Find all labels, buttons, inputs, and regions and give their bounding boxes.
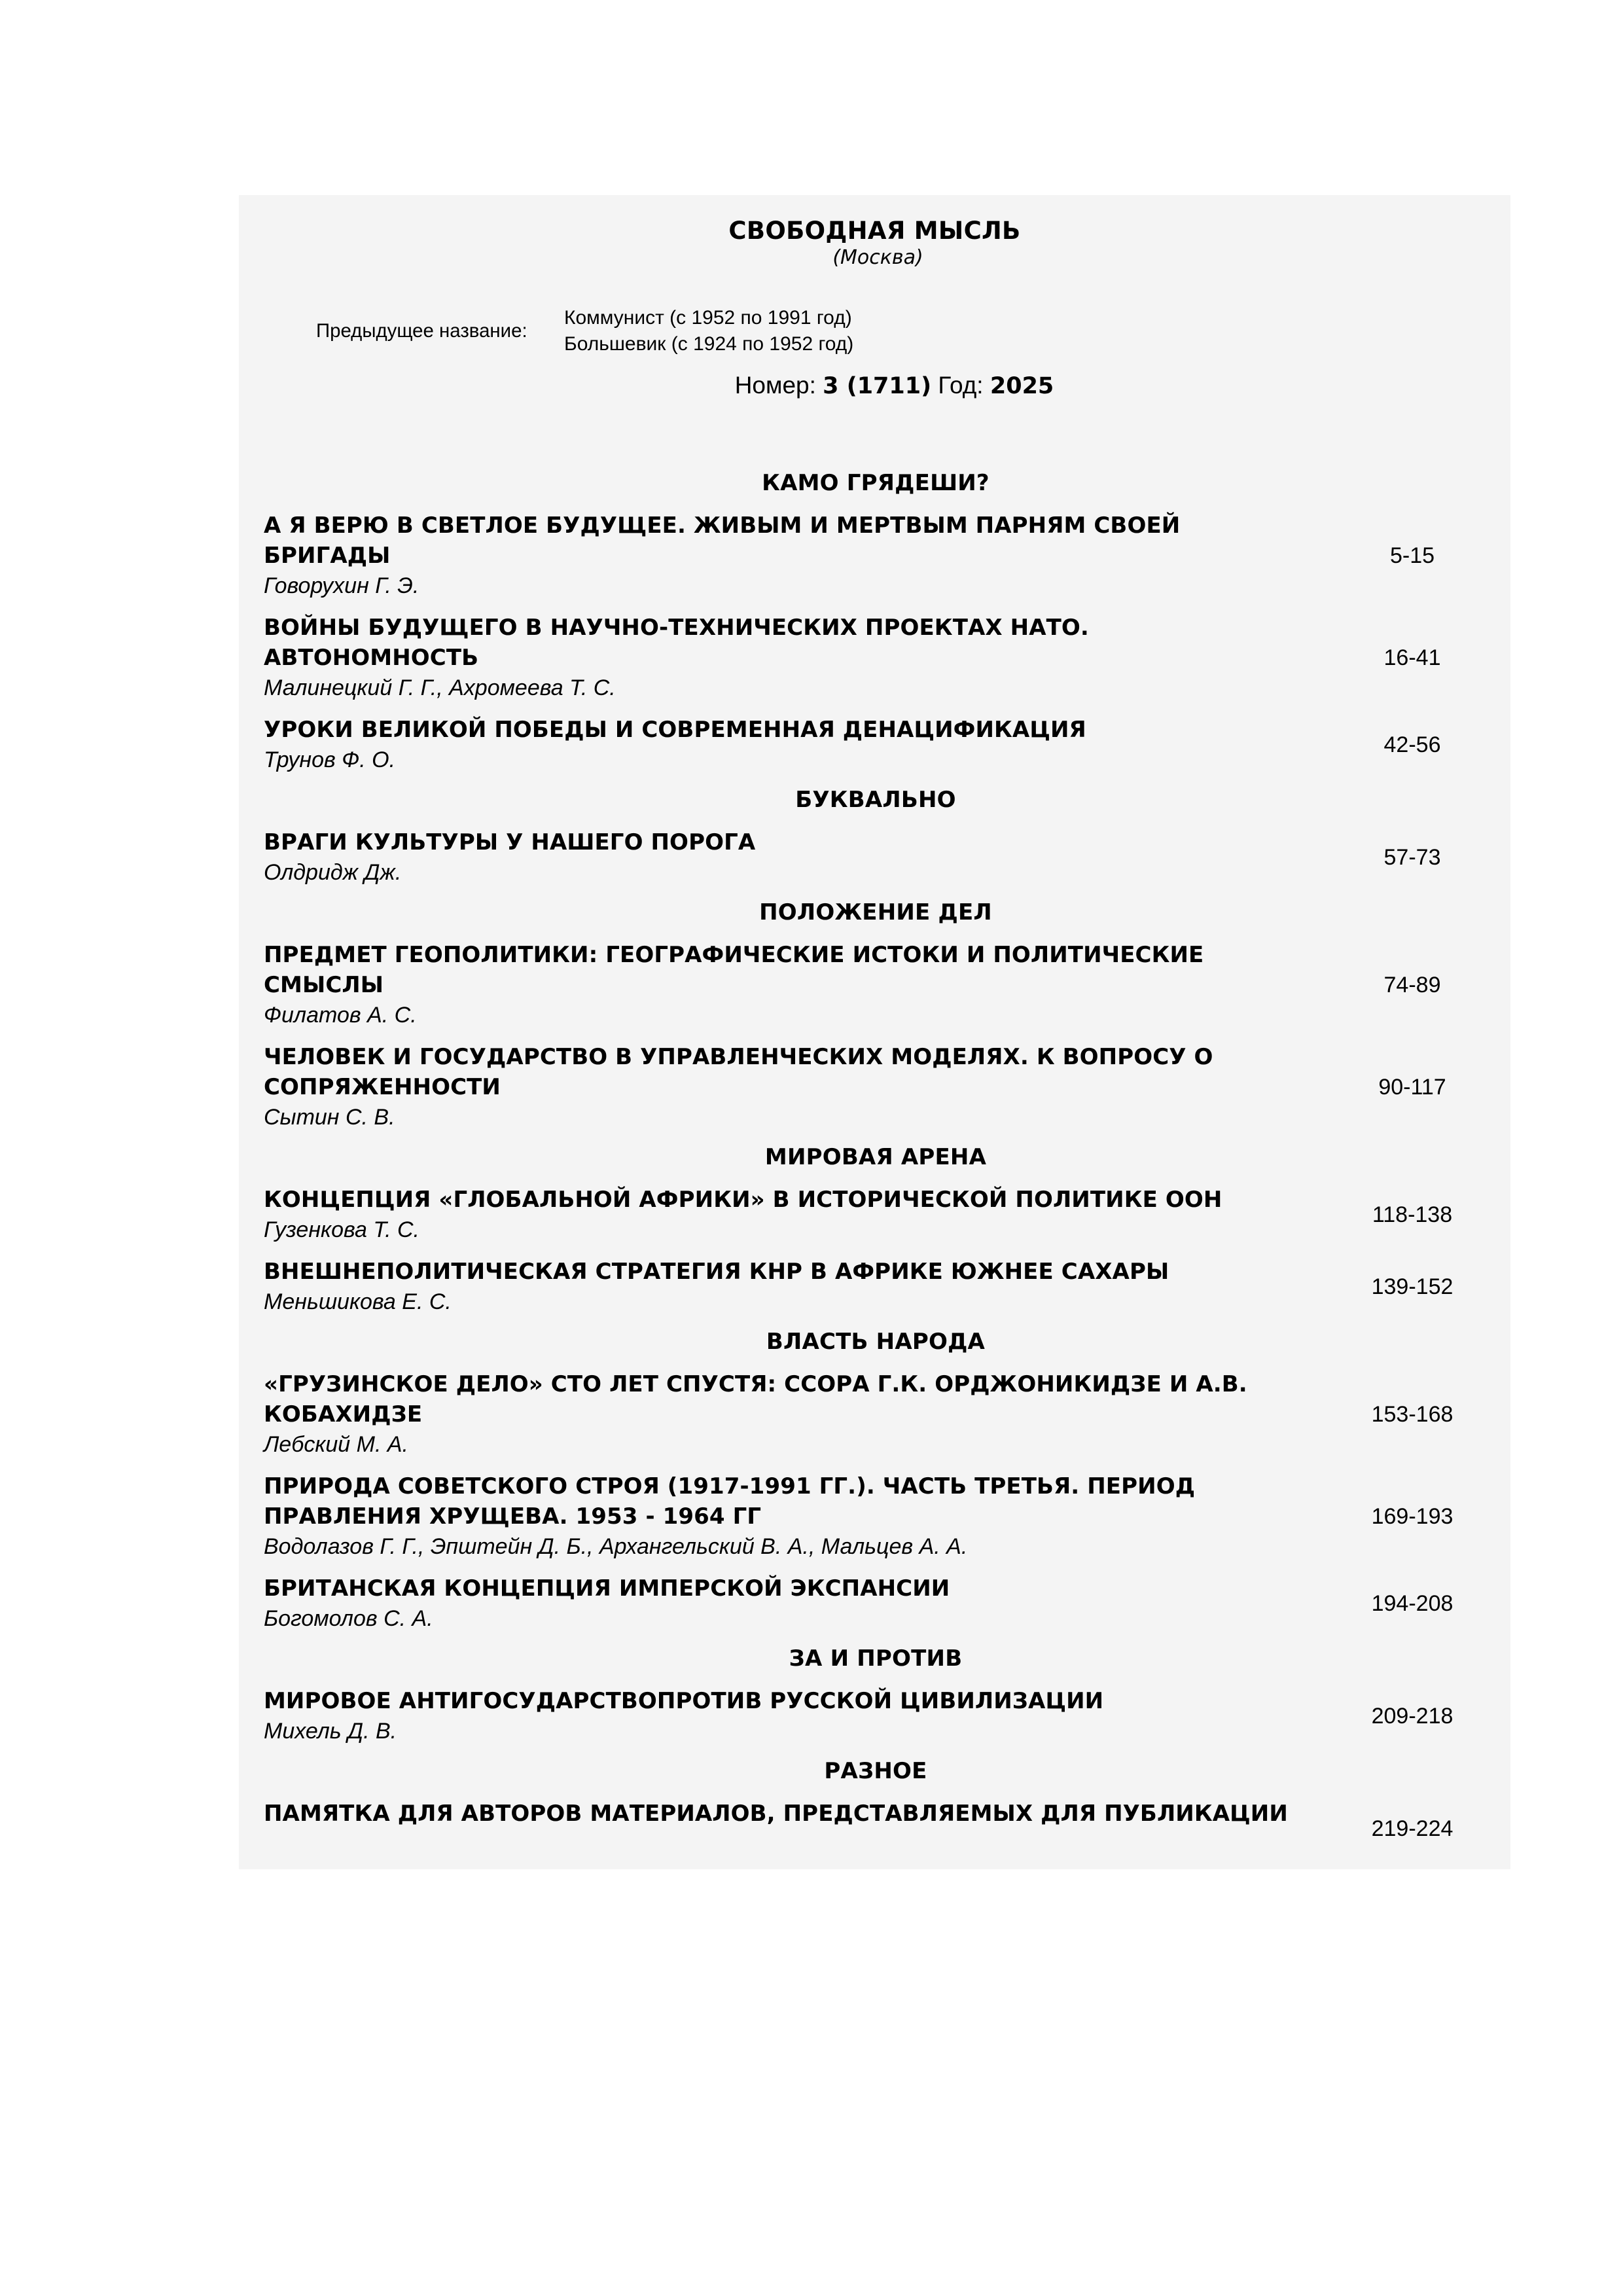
article-pages: 42-56 — [1298, 730, 1488, 760]
article-info: ВРАГИ КУЛЬТУРЫ У НАШЕГО ПОРОГАОлдридж Дж… — [264, 827, 1298, 888]
article-pages: 90-117 — [1298, 1072, 1488, 1102]
article-pages: 209-218 — [1298, 1701, 1488, 1731]
previous-name: Большевик (с 1924 по 1952 год) — [564, 331, 853, 357]
article-pages: 74-89 — [1298, 970, 1488, 1000]
previous-name: Коммунист (с 1952 по 1991 год) — [564, 305, 853, 331]
article-info: ВОЙНЫ БУДУЩЕГО В НАУЧНО-ТЕХНИЧЕСКИХ ПРОЕ… — [264, 613, 1298, 703]
article-info: КОНЦЕПЦИЯ «ГЛОБАЛЬНОЙ АФРИКИ» В ИСТОРИЧЕ… — [264, 1185, 1298, 1245]
article-authors: Говорухин Г. Э. — [264, 571, 1298, 601]
article-title[interactable]: «ГРУЗИНСКОЕ ДЕЛО» СТО ЛЕТ СПУСТЯ: ССОРА … — [264, 1369, 1298, 1429]
section-heading: ЗА И ПРОТИВ — [264, 1645, 1488, 1672]
article-pages: 5-15 — [1298, 541, 1488, 571]
year-label: Год: — [938, 372, 983, 399]
article-authors — [264, 1829, 1298, 1859]
article-entry[interactable]: ВРАГИ КУЛЬТУРЫ У НАШЕГО ПОРОГАОлдридж Дж… — [264, 827, 1488, 888]
issue-number: 3 (1711) — [823, 373, 931, 399]
previous-names: Коммунист (с 1952 по 1991 год) Большевик… — [564, 305, 853, 357]
article-authors: Трунов Ф. О. — [264, 745, 1298, 775]
article-authors: Олдридж Дж. — [264, 857, 1298, 888]
table-of-contents: КАМО ГРЯДЕШИ?А Я ВЕРЮ В СВЕТЛОЕ БУДУЩЕЕ.… — [264, 470, 1488, 1871]
section-heading: КАМО ГРЯДЕШИ? — [264, 470, 1488, 496]
article-info: ПАМЯТКА ДЛЯ АВТОРОВ МАТЕРИАЛОВ, ПРЕДСТАВ… — [264, 1799, 1298, 1859]
article-info: ПРЕДМЕТ ГЕОПОЛИТИКИ: ГЕОГРАФИЧЕСКИЕ ИСТО… — [264, 940, 1298, 1030]
article-title[interactable]: ПРИРОДА СОВЕТСКОГО СТРОЯ (1917-1991 ГГ.)… — [264, 1471, 1298, 1532]
article-authors: Малинецкий Г. Г., Ахромеева Т. С. — [264, 673, 1298, 703]
article-authors: Михель Д. В. — [264, 1716, 1298, 1746]
article-authors: Филатов А. С. — [264, 1000, 1298, 1030]
article-entry[interactable]: УРОКИ ВЕЛИКОЙ ПОБЕДЫ И СОВРЕМЕННАЯ ДЕНАЦ… — [264, 715, 1488, 775]
year-value: 2025 — [990, 373, 1054, 399]
article-entry[interactable]: ПРИРОДА СОВЕТСКОГО СТРОЯ (1917-1991 ГГ.)… — [264, 1471, 1488, 1562]
section-heading: РАЗНОЕ — [264, 1758, 1488, 1784]
article-pages: 57-73 — [1298, 842, 1488, 872]
article-authors: Водолазов Г. Г., Эпштейн Д. Б., Архангел… — [264, 1532, 1298, 1562]
article-info: ВНЕШНЕПОЛИТИЧЕСКАЯ СТРАТЕГИЯ КНР В АФРИК… — [264, 1257, 1298, 1317]
article-pages: 194-208 — [1298, 1588, 1488, 1619]
article-entry[interactable]: А Я ВЕРЮ В СВЕТЛОЕ БУДУЩЕЕ. ЖИВЫМ И МЕРТ… — [264, 511, 1488, 601]
article-pages: 139-152 — [1298, 1272, 1488, 1302]
journal-contents-panel: СВОБОДНАЯ МЫСЛЬ (Москва) Предыдущее назв… — [239, 195, 1510, 1869]
article-title[interactable]: ПАМЯТКА ДЛЯ АВТОРОВ МАТЕРИАЛОВ, ПРЕДСТАВ… — [264, 1799, 1298, 1829]
article-pages: 153-168 — [1298, 1399, 1488, 1429]
article-info: ПРИРОДА СОВЕТСКОГО СТРОЯ (1917-1991 ГГ.)… — [264, 1471, 1298, 1562]
article-authors: Гузенкова Т. С. — [264, 1215, 1298, 1245]
article-info: УРОКИ ВЕЛИКОЙ ПОБЕДЫ И СОВРЕМЕННАЯ ДЕНАЦ… — [264, 715, 1298, 775]
article-title[interactable]: А Я ВЕРЮ В СВЕТЛОЕ БУДУЩЕЕ. ЖИВЫМ И МЕРТ… — [264, 511, 1298, 571]
article-entry[interactable]: МИРОВОЕ АНТИГОСУДАРСТВОПРОТИВ РУССКОЙ ЦИ… — [264, 1686, 1488, 1746]
article-entry[interactable]: ВОЙНЫ БУДУЩЕГО В НАУЧНО-ТЕХНИЧЕСКИХ ПРОЕ… — [264, 613, 1488, 703]
article-pages: 16-41 — [1298, 643, 1488, 673]
issue-label: Номер: — [735, 372, 816, 399]
section-heading: МИРОВАЯ АРЕНА — [264, 1144, 1488, 1170]
article-title[interactable]: ЧЕЛОВЕК И ГОСУДАРСТВО В УПРАВЛЕНЧЕСКИХ М… — [264, 1042, 1298, 1102]
article-pages: 118-138 — [1298, 1200, 1488, 1230]
article-pages: 169-193 — [1298, 1501, 1488, 1532]
article-title[interactable]: БРИТАНСКАЯ КОНЦЕПЦИЯ ИМПЕРСКОЙ ЭКСПАНСИИ — [264, 1573, 1298, 1604]
article-title[interactable]: УРОКИ ВЕЛИКОЙ ПОБЕДЫ И СОВРЕМЕННАЯ ДЕНАЦ… — [264, 715, 1298, 745]
article-entry[interactable]: ВНЕШНЕПОЛИТИЧЕСКАЯ СТРАТЕГИЯ КНР В АФРИК… — [264, 1257, 1488, 1317]
section-heading: БУКВАЛЬНО — [264, 787, 1488, 813]
previous-name-label: Предыдущее название: — [316, 319, 527, 343]
article-info: МИРОВОЕ АНТИГОСУДАРСТВОПРОТИВ РУССКОЙ ЦИ… — [264, 1686, 1298, 1746]
article-info: А Я ВЕРЮ В СВЕТЛОЕ БУДУЩЕЕ. ЖИВЫМ И МЕРТ… — [264, 511, 1298, 601]
article-authors: Сытин С. В. — [264, 1102, 1298, 1132]
article-entry[interactable]: ПАМЯТКА ДЛЯ АВТОРОВ МАТЕРИАЛОВ, ПРЕДСТАВ… — [264, 1799, 1488, 1859]
section-heading: ВЛАСТЬ НАРОДА — [264, 1329, 1488, 1355]
article-title[interactable]: ВРАГИ КУЛЬТУРЫ У НАШЕГО ПОРОГА — [264, 827, 1298, 857]
section-heading: ПОЛОЖЕНИЕ ДЕЛ — [264, 899, 1488, 925]
article-title[interactable]: МИРОВОЕ АНТИГОСУДАРСТВОПРОТИВ РУССКОЙ ЦИ… — [264, 1686, 1298, 1716]
article-title[interactable]: ВОЙНЫ БУДУЩЕГО В НАУЧНО-ТЕХНИЧЕСКИХ ПРОЕ… — [264, 613, 1298, 673]
article-authors: Меньшикова Е. С. — [264, 1287, 1298, 1317]
article-info: ЧЕЛОВЕК И ГОСУДАРСТВО В УПРАВЛЕНЧЕСКИХ М… — [264, 1042, 1298, 1132]
article-entry[interactable]: БРИТАНСКАЯ КОНЦЕПЦИЯ ИМПЕРСКОЙ ЭКСПАНСИИ… — [264, 1573, 1488, 1634]
article-info: БРИТАНСКАЯ КОНЦЕПЦИЯ ИМПЕРСКОЙ ЭКСПАНСИИ… — [264, 1573, 1298, 1634]
article-entry[interactable]: КОНЦЕПЦИЯ «ГЛОБАЛЬНОЙ АФРИКИ» В ИСТОРИЧЕ… — [264, 1185, 1488, 1245]
article-entry[interactable]: ЧЕЛОВЕК И ГОСУДАРСТВО В УПРАВЛЕНЧЕСКИХ М… — [264, 1042, 1488, 1132]
article-entry[interactable]: «ГРУЗИНСКОЕ ДЕЛО» СТО ЛЕТ СПУСТЯ: ССОРА … — [264, 1369, 1488, 1460]
article-title[interactable]: КОНЦЕПЦИЯ «ГЛОБАЛЬНОЙ АФРИКИ» В ИСТОРИЧЕ… — [264, 1185, 1298, 1215]
journal-title: СВОБОДНАЯ МЫСЛЬ — [239, 217, 1510, 245]
journal-city: (Москва) — [239, 246, 1510, 270]
article-pages: 219-224 — [1298, 1814, 1488, 1844]
article-entry[interactable]: ПРЕДМЕТ ГЕОПОЛИТИКИ: ГЕОГРАФИЧЕСКИЕ ИСТО… — [264, 940, 1488, 1030]
article-title[interactable]: ПРЕДМЕТ ГЕОПОЛИТИКИ: ГЕОГРАФИЧЕСКИЕ ИСТО… — [264, 940, 1298, 1000]
article-authors: Богомолов С. А. — [264, 1604, 1298, 1634]
article-title[interactable]: ВНЕШНЕПОЛИТИЧЕСКАЯ СТРАТЕГИЯ КНР В АФРИК… — [264, 1257, 1298, 1287]
article-info: «ГРУЗИНСКОЕ ДЕЛО» СТО ЛЕТ СПУСТЯ: ССОРА … — [264, 1369, 1298, 1460]
issue-info: Номер: 3 (1711) Год: 2025 — [239, 370, 1510, 401]
article-authors: Лебский М. А. — [264, 1429, 1298, 1460]
